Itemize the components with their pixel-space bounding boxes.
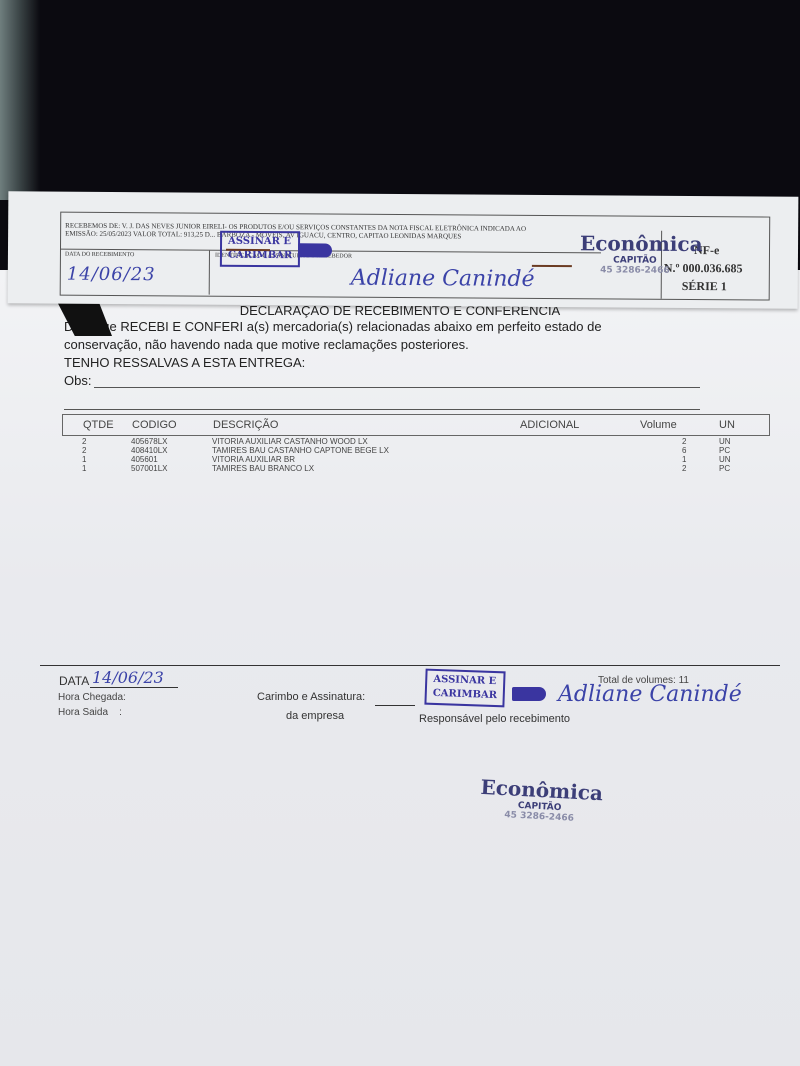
background-glare	[0, 0, 40, 200]
stub-signature-row: DATA DO RECEBIMENTO 14/06/23 IDENTIFICAÇ…	[61, 249, 601, 298]
company-stamp-stub: Econômica CAPITÃO 45 3286-2466	[580, 231, 690, 276]
table-row: 2408410LXTAMIRES BAU CASTANHO CAPTONE BE…	[62, 446, 768, 455]
declaration-line3: TENHO RESSALVAS A ESTA ENTREGA:	[64, 354, 724, 372]
footer-signature: Adliane Canindé	[558, 682, 742, 707]
stamp-line1: ASSINAR E	[228, 235, 292, 249]
cell-volume: 2	[682, 464, 686, 473]
pointing-hand-stamp-icon	[298, 243, 332, 257]
cell-un: UN	[719, 437, 731, 446]
obs-line	[94, 387, 700, 388]
stub-signature: Adliane Canindé	[351, 266, 535, 292]
stub-date-cell: DATA DO RECEBIMENTO 14/06/23	[61, 250, 210, 295]
cell-descricao: TAMIRES BAU CASTANHO CAPTONE BEGE LX	[212, 446, 389, 455]
cell-codigo: 405601	[131, 455, 158, 464]
header-un: UN	[719, 419, 735, 431]
sign-stamp-footer: ASSINAR E CARIMBAR	[424, 669, 506, 708]
hora-saida-label: Hora Saida :	[58, 707, 122, 718]
stamp-line2: CARIMBAR	[433, 687, 498, 703]
nfe-serie: SÉRIE 1	[682, 279, 727, 294]
header-codigo: CODIGO	[132, 419, 177, 431]
declaration-line1: De... que RECEBI E CONFERI a(s) mercador…	[64, 318, 724, 336]
table-body: 2405678LXVITORIA AUXILIAR CASTANHO WOOD …	[62, 437, 768, 473]
cell-qtde: 2	[82, 437, 86, 446]
cell-codigo: 507001LX	[131, 464, 167, 473]
cell-qtde: 1	[82, 464, 86, 473]
header-descricao: DESCRIÇÃO	[213, 419, 278, 431]
table-row: 2405678LXVITORIA AUXILIAR CASTANHO WOOD …	[62, 437, 768, 446]
hora-chegada-label: Hora Chegada:	[58, 692, 126, 703]
footer-date-label: DATA	[59, 674, 89, 688]
responsavel-label: Responsável pelo recebimento	[419, 713, 570, 725]
table-row: 1507001LXTAMIRES BAU BRANCO LX2PC	[62, 464, 768, 473]
header-qtde: QTDE	[83, 419, 114, 431]
cell-codigo: 405678LX	[131, 437, 167, 446]
marker-line	[532, 265, 572, 267]
header-volume: Volume	[640, 419, 677, 431]
cell-un: UN	[719, 455, 731, 464]
carimbo-label: Carimbo e Assinatura:	[257, 691, 365, 703]
obs-line-2	[64, 409, 700, 410]
header-adicional: ADICIONAL	[520, 419, 579, 431]
cell-descricao: TAMIRES BAU BRANCO LX	[212, 464, 314, 473]
cell-descricao: VITORIA AUXILIAR CASTANHO WOOD LX	[212, 437, 368, 446]
cell-qtde: 2	[82, 446, 86, 455]
empresa-label: da empresa	[286, 710, 344, 722]
receipt-stub: RECEBEMOS DE: V. J. DAS NEVES JUNIOR EIR…	[8, 191, 799, 309]
declaration-text: De... que RECEBI E CONFERI a(s) mercador…	[64, 318, 724, 372]
footer-date-line	[90, 687, 178, 688]
signature-line	[375, 705, 415, 706]
obs-label: Obs:	[64, 373, 91, 388]
pointing-hand-stamp-icon	[512, 687, 546, 701]
cell-codigo: 408410LX	[131, 446, 167, 455]
declaration-line2: conservação, não havendo nada que motive…	[64, 336, 724, 354]
stub-date-label: DATA DO RECEBIMENTO	[65, 252, 134, 258]
cell-descricao: VITORIA AUXILIAR BR	[212, 455, 295, 464]
cell-volume: 6	[682, 446, 686, 455]
table-row: 1405601VITORIA AUXILIAR BR1UN	[62, 455, 768, 464]
table-header: QTDE CODIGO DESCRIÇÃO ADICIONAL Volume U…	[62, 414, 770, 436]
marker-line	[226, 249, 270, 251]
stamp-company-name: Econômica	[580, 231, 690, 256]
company-stamp-footer: Econômica CAPITÃO 45 3286-2466	[479, 775, 601, 825]
footer-date-handwritten: 14/06/23	[92, 668, 164, 687]
footer-separator	[40, 665, 780, 666]
cell-volume: 2	[682, 437, 686, 446]
cell-un: PC	[719, 464, 730, 473]
stamp-company-phone: 45 3286-2466	[580, 265, 690, 276]
cell-volume: 1	[682, 455, 686, 464]
cell-qtde: 1	[82, 455, 86, 464]
stub-date-handwritten: 14/06/23	[67, 264, 156, 286]
cell-un: PC	[719, 446, 730, 455]
